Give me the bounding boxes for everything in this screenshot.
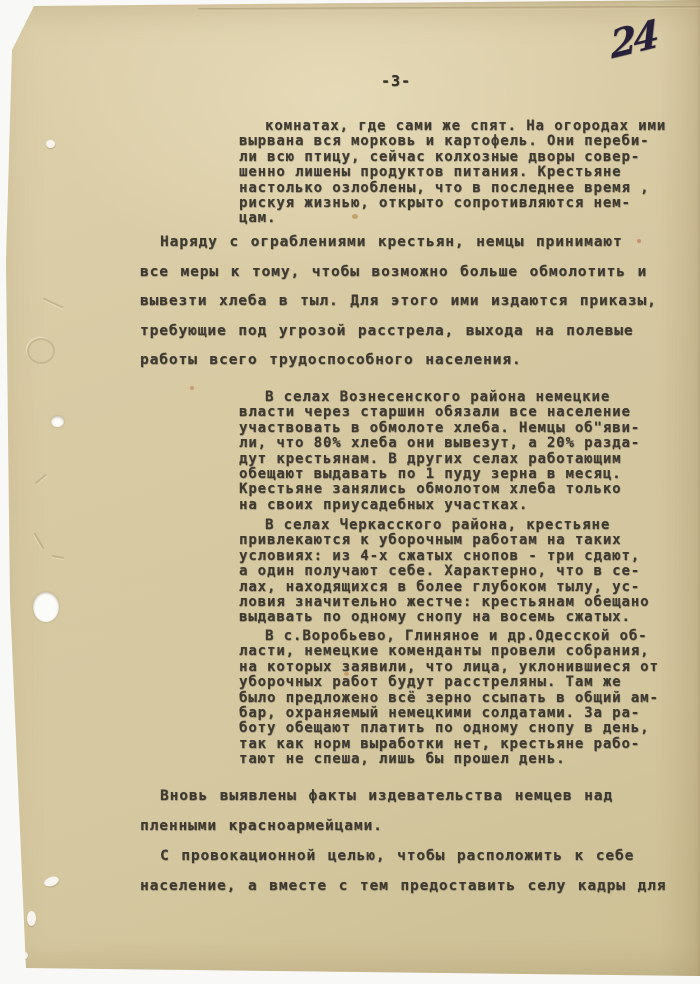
paragraph: С провокационной целью, чтобы расположит… xyxy=(140,842,680,901)
stain-freckle xyxy=(190,386,194,390)
text-line: Вновь выявлены факты издевательства немц… xyxy=(140,782,680,812)
paragraph: Наряду с ограблениями крестьян, немцы пр… xyxy=(140,228,680,376)
text-line: привлекаются к уборочным работам на таки… xyxy=(239,533,689,548)
paragraph: комнатах, где сами же спят. На огородах … xyxy=(239,119,689,227)
text-line: Крестьяне занялись обмолотом хлеба тольк… xyxy=(239,482,689,497)
text-line: рискуя жизнью, открыто сопротивляются не… xyxy=(239,196,689,211)
crease-scratch xyxy=(34,533,45,550)
text-line: на своих приусадебных участках. xyxy=(239,498,689,513)
text-line: выдавать по одному снопу на восемь сжаты… xyxy=(239,610,689,625)
text-line: все меры к тому, чтобы возможно больше о… xyxy=(140,258,680,288)
text-line: шенно лишены продуктов питания. Крестьян… xyxy=(239,165,689,180)
embossed-mark xyxy=(27,338,55,364)
text-line: условиях: из 4-х сжатых снопов - три сда… xyxy=(239,549,689,564)
text-line: пленными красноармейцами. xyxy=(140,812,680,842)
text-line: дут крестьянам. В других селах работающи… xyxy=(239,452,689,467)
paragraph: В селах Черкасского района, крестьянепри… xyxy=(239,518,689,626)
paper-chip xyxy=(16,951,28,960)
paper-fold-crease xyxy=(198,6,700,11)
text-line: ли всю птицу, сейчас колхозные дворы сов… xyxy=(239,150,689,165)
crease-scratch xyxy=(43,297,64,308)
text-line: С провокационной целью, чтобы расположит… xyxy=(140,842,680,872)
text-line: настолько озлоблены, что в последнее вре… xyxy=(239,181,689,196)
paper-chip xyxy=(46,140,55,148)
text-line: ловия значительно жестче: крестьянам обе… xyxy=(239,595,689,610)
punch-hole-large xyxy=(33,592,59,622)
text-line: цам. xyxy=(239,211,689,226)
text-line: вывезти хлеба в тыл. Для этого ими издаю… xyxy=(140,287,680,317)
text-line: боту обещают платить по одному снопу в д… xyxy=(239,721,689,736)
text-line: население, а вместе с тем предоставить с… xyxy=(140,872,680,902)
text-line: Наряду с ограблениями крестьян, немцы пр… xyxy=(140,228,680,258)
paragraph: В с.Воробьево, Глиняное и др.Одесской об… xyxy=(239,629,689,768)
text-line: было предложено всё зерно ссыпать в общи… xyxy=(239,691,689,706)
text-line: лах, находящихся в более глубоком тылу, … xyxy=(239,580,689,595)
crease-scratch xyxy=(35,474,47,485)
text-line: вырвана вся морковь и картофель. Они пер… xyxy=(239,134,689,149)
text-line: тают не спеша, лишь бы прошел день. xyxy=(239,752,689,767)
text-line: ласти, немецкие коменданты провели собра… xyxy=(239,644,689,659)
scanned-paper-sheet: 24 -3- комнатах, где сами же спят. На ог… xyxy=(0,0,700,984)
paragraph: В селах Вознесенского района немецкиевла… xyxy=(239,390,689,513)
text-line: ли, что 80% хлеба они вывезут, а 20% раз… xyxy=(239,436,689,451)
text-line: а один получают себе. Характерно, что в … xyxy=(239,564,689,579)
paragraph: Вновь выявлены факты издевательства немц… xyxy=(140,782,680,841)
text-line: на которых заявили, что лица, уклонившие… xyxy=(239,660,689,675)
text-line: требующие под угрозой расстрела, выхода … xyxy=(140,317,680,347)
text-line: участвовать в обмолоте хлеба. Немцы об"я… xyxy=(239,421,689,436)
typed-page-number: -3- xyxy=(381,72,411,90)
text-line: уборочных работ будут расстреляны. Там ж… xyxy=(239,675,689,690)
paper-chip xyxy=(27,911,36,926)
crease-scratch xyxy=(52,555,64,559)
handwritten-page-number: 24 xyxy=(609,10,671,73)
punch-hole-small xyxy=(51,416,64,427)
text-line: так как норм выработки нет, крестьяне ра… xyxy=(239,737,689,752)
paper-chip xyxy=(43,875,60,889)
text-line: власти через старшин обязали все населен… xyxy=(239,405,689,420)
text-line: работы всего трудоспособного населения. xyxy=(140,346,680,376)
